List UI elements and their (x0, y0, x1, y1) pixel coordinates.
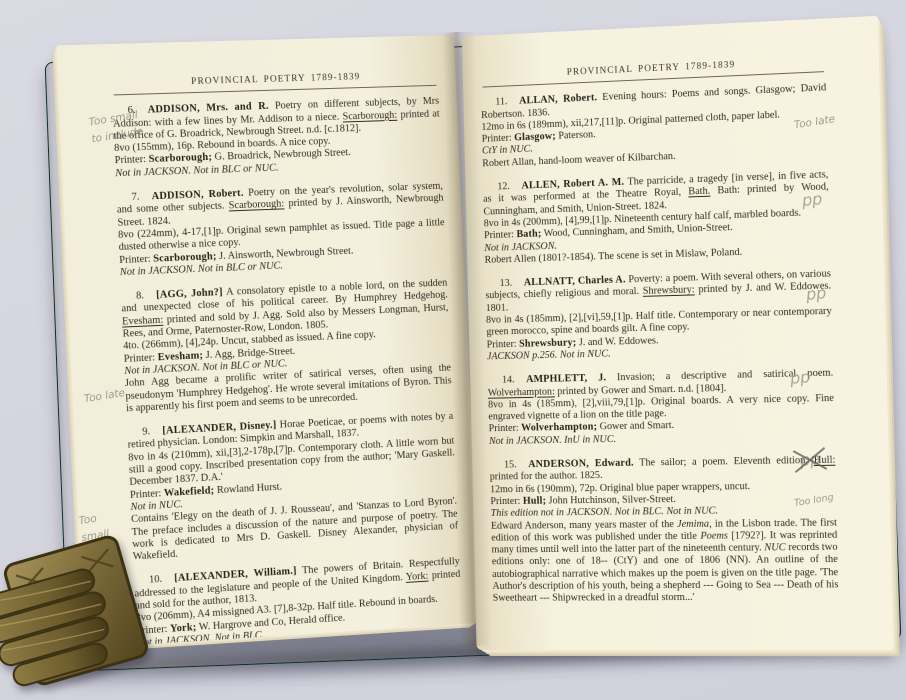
entry-text: Glasgow; (514, 131, 556, 144)
entry-text: ANDERSON, Edward. (528, 458, 634, 470)
brass-hand-clip (0, 533, 164, 700)
entry-text: Scarborough: (229, 199, 285, 212)
entry-text: Scarborough; (153, 251, 217, 265)
entry-text: York: (406, 570, 429, 582)
entry-text: printed for the author. 1825. (490, 470, 603, 482)
entry-text: Poems (700, 530, 728, 541)
entry-text: This edition not in JACKSON. Not in BLC.… (491, 506, 719, 519)
entry-text: Printer: (490, 496, 523, 507)
entry-text: Evesham; (157, 350, 203, 363)
catalog-entry: 12.ALLEN, Robert A. M. The parricide, a … (483, 169, 831, 267)
catalog-entry: 14.AMPHLETT, J. Invasion; a descriptive … (487, 368, 835, 448)
entry-text: Not in JACKSON. InU in NUC. (489, 434, 616, 447)
entry-number: 12. (497, 181, 510, 192)
entry-number: 14. (502, 375, 515, 386)
entry-text: J. and W. Eddowes. (576, 335, 658, 348)
catalog-entries-left: 6.ADDISON, Mrs. and R. Poetry on differe… (112, 96, 463, 648)
entry-text: Printer: (487, 338, 520, 350)
catalog-entry: 8.[AGG, John?] A consolatory epistle to … (121, 278, 453, 416)
entry-text: Not in JACKSON. (484, 240, 557, 253)
entry-text: 8vo in 4s (185mm), [2],[vi],59,[1]p. Hal… (486, 306, 832, 338)
entry-text: Evesham: (122, 314, 164, 327)
entry-text: Printer: (489, 423, 522, 434)
entry-text: Wolverhampton; (521, 422, 597, 434)
entry-text: Printer: (484, 230, 517, 242)
entry-number: 6. (127, 105, 135, 116)
entry-text: Printer: (130, 488, 164, 501)
entry-text: 12mo in 6s (190mm), 72p. Original blue p… (490, 481, 750, 495)
entry-text: Edward Anderson, many years master of th… (491, 519, 677, 532)
entry-text: John Hutchinson, Silver-Street. (546, 494, 676, 506)
catalog-entry: 11.ALLAN, Robert. Evening hours: Poems a… (481, 82, 828, 170)
catalog-entry: 13.ALLNATT, Charles A. Poverty: a poem. … (485, 268, 833, 363)
entry-number: 13. (500, 278, 513, 289)
catalog-entry: 15.ANDERSON, Edward. The sailor; a poem.… (489, 455, 839, 606)
entry-text: Wolverhampton: (488, 386, 555, 398)
entry-text: Invasion; a descriptive and satirical po… (606, 368, 833, 384)
entry-number: 9. (142, 426, 150, 437)
catalog-entry: 7.ADDISON, Robert. Poetry on the year's … (116, 181, 446, 280)
entry-text: The sailor; a poem. Eleventh edition. (634, 455, 814, 469)
entry-text: Jemima (677, 518, 709, 529)
brass-hand-clip-graphic (0, 533, 164, 700)
catalog-entry: 9.[ALEXANDER, Disney.] Horae Poeticae, o… (127, 411, 459, 564)
entry-text: AMPHLETT, J. (526, 373, 606, 386)
entry-text: York; (170, 622, 197, 635)
entry-number: 11. (495, 97, 507, 108)
photo-background: PROVINCIAL POETRY 1789-1839 6.ADDISON, M… (0, 0, 906, 700)
entry-text: ALLAN, Robert. (519, 93, 597, 107)
entry-text: Paterson. (556, 129, 596, 142)
right-page: PROVINCIAL POETRY 1789-1839 11.ALLAN, Ro… (462, 16, 894, 650)
entry-text: Printer: (124, 352, 158, 365)
entry-text: Scarborough: (342, 109, 397, 122)
entry-number: 15. (504, 459, 517, 470)
entry-text: JACKSON p.256. Not in NUC. (487, 348, 611, 362)
entry-text: Printer: (119, 253, 153, 265)
entry-text: Rowland Hurst. (214, 481, 282, 496)
catalog-entry: 6.ADDISON, Mrs. and R. Poetry on differe… (112, 96, 442, 180)
entry-text: Hull; (523, 496, 547, 507)
entry-text: Scarborough; (148, 152, 212, 165)
catalog-entries-right: 11.ALLAN, Robert. Evening hours: Poems a… (481, 82, 839, 605)
entry-text: Shrewsbury; (519, 337, 577, 349)
entry-text: Printer: (482, 133, 515, 145)
entry-text: Wakefield; (164, 485, 215, 499)
entry-number: 7. (131, 192, 139, 203)
entry-text: Bath; (516, 229, 541, 241)
entry-text: Bath. (688, 186, 710, 198)
entry-text: Hull: (814, 455, 836, 466)
entry-text: Printer: (114, 154, 148, 166)
entry-number: 8. (136, 290, 144, 301)
entry-text: CtY in NUC. (482, 144, 533, 157)
entry-text: Gower and Smart. (597, 420, 674, 432)
entry-text: Shrewsbury: (643, 285, 695, 297)
entry-text: NUC (764, 542, 786, 553)
